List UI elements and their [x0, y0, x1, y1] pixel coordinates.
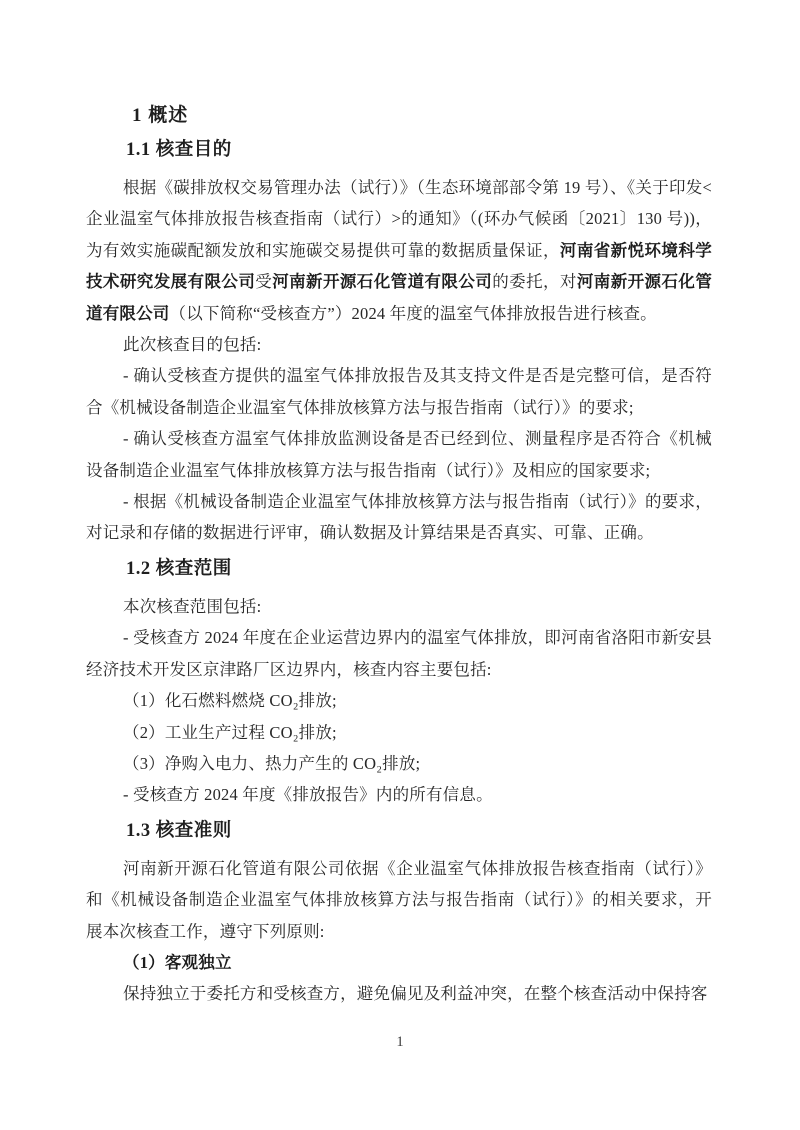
text-run: 的委托，对 — [492, 272, 577, 291]
paragraph: 本次核查范围包括: — [86, 591, 712, 622]
text-run: - 受核查方 2024 年度《排放报告》内的所有信息。 — [123, 785, 493, 804]
paragraph: （1）客观独立 — [86, 947, 712, 978]
text-run: - 确认受核查方温室气体排放监测设备是否已经到位、测量程序是否符合《机械设备制造… — [86, 429, 712, 479]
document-body: 1 概述1.1 核查目的根据《碳排放权交易管理办法（试行）》（生态环境部部令第 … — [0, 0, 800, 1010]
paragraph: （2）工业生产过程 CO₂排放; — [86, 717, 712, 748]
text-run: 保持独立于委托方和受核查方，避免偏见及利益冲突，在整个核查活动中保持客 — [123, 984, 708, 1003]
section-heading: 1 概述 — [132, 102, 712, 130]
text-run: （以下简称“受核查方”）2024 年度的温室气体排放报告进行核查。 — [170, 304, 657, 323]
section-heading: 1.1 核查目的 — [126, 136, 712, 164]
text-run: 本次核查范围包括: — [123, 597, 261, 616]
text-run: （1）化石燃料燃烧 CO₂排放; — [123, 691, 337, 710]
paragraph: - 受核查方 2024 年度《排放报告》内的所有信息。 — [86, 779, 712, 810]
page-number: 1 — [0, 1034, 800, 1051]
text-run: - 受核查方 2024 年度在企业运营边界内的温室气体排放，即河南省洛阳市新安县… — [86, 628, 712, 678]
text-run: 此次核查目的包括: — [123, 335, 261, 354]
text-run: 受 — [255, 272, 272, 291]
section-heading: 1.2 核查范围 — [126, 555, 712, 583]
text-run: - 确认受核查方提供的温室气体排放报告及其支持文件是否是完整可信，是否符合《机械… — [86, 366, 712, 416]
text-run: （2）工业生产过程 CO₂排放; — [123, 723, 337, 742]
emphasis-bold: 河南新开源石化管道有限公司 — [272, 272, 492, 291]
paragraph: 根据《碳排放权交易管理办法（试行）》（生态环境部部令第 19 号）、《关于印发<… — [86, 172, 712, 329]
text-run: （3）净购入电力、热力产生的 CO₂排放; — [123, 754, 420, 773]
text-run: - 根据《机械设备制造企业温室气体排放核算方法与报告指南（试行）》的要求，对记录… — [86, 492, 712, 542]
document-page: 1 概述1.1 核查目的根据《碳排放权交易管理办法（试行）》（生态环境部部令第 … — [0, 0, 800, 1130]
paragraph: 保持独立于委托方和受核查方，避免偏见及利益冲突，在整个核查活动中保持客 — [86, 978, 712, 1009]
emphasis-bold: （1）客观独立 — [123, 953, 232, 972]
paragraph: （1）化石燃料燃烧 CO₂排放; — [86, 685, 712, 716]
paragraph: - 确认受核查方温室气体排放监测设备是否已经到位、测量程序是否符合《机械设备制造… — [86, 423, 712, 486]
paragraph: 河南新开源石化管道有限公司依据《企业温室气体排放报告核查指南（试行）》和《机械设… — [86, 853, 712, 947]
section-heading: 1.3 核查准则 — [126, 817, 712, 845]
paragraph: - 受核查方 2024 年度在企业运营边界内的温室气体排放，即河南省洛阳市新安县… — [86, 622, 712, 685]
text-run: 河南新开源石化管道有限公司依据《企业温室气体排放报告核查指南（试行）》和《机械设… — [86, 859, 712, 941]
paragraph: 此次核查目的包括: — [86, 329, 712, 360]
paragraph: （3）净购入电力、热力产生的 CO₂排放; — [86, 748, 712, 779]
paragraph: - 确认受核查方提供的温室气体排放报告及其支持文件是否是完整可信，是否符合《机械… — [86, 360, 712, 423]
paragraph: - 根据《机械设备制造企业温室气体排放核算方法与报告指南（试行）》的要求，对记录… — [86, 486, 712, 549]
